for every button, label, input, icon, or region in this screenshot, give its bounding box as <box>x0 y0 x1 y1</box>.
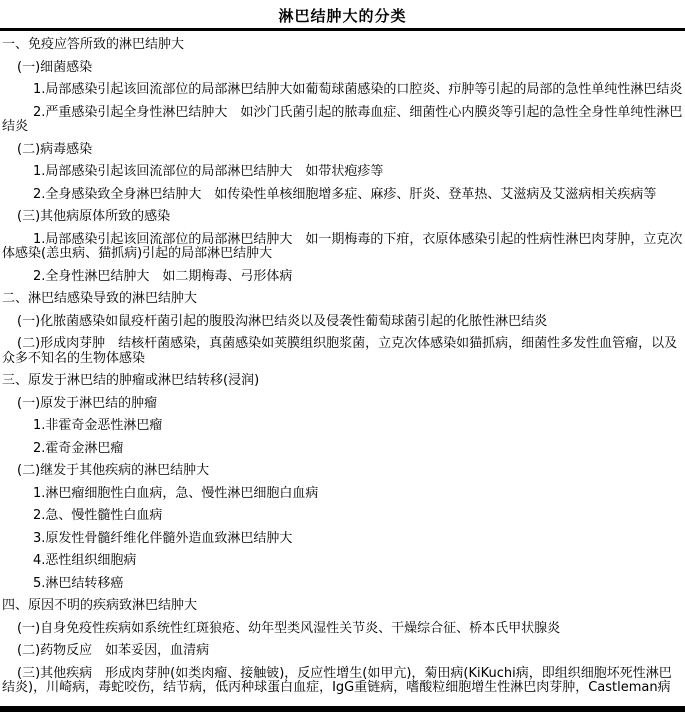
outline-item: 5.淋巴结转移癌 <box>2 577 683 592</box>
outline-item: (三)其他疾病 形成肉芽肿(如类肉瘤、接触铍)，反应性增生(如甲亢)，菊田病(K… <box>2 667 683 696</box>
outline-item: 2.全身性淋巴结肿大 如二期梅毒、弓形体病 <box>2 270 683 285</box>
outline-item: 1.淋巴瘤细胞性白血病，急、慢性淋巴细胞白血病 <box>2 487 683 502</box>
outline-item: (一)原发于淋巴结的肿瘤 <box>2 397 683 412</box>
outline-item: 1.局部感染引起该回流部位的局部淋巴结肿大 如一期梅毒的下疳，衣原体感染引起的性… <box>2 233 683 262</box>
bottom-border-rule <box>0 706 685 712</box>
outline-item: 二、淋巴结感染导致的淋巴结肿大 <box>2 292 683 307</box>
outline-item: (一)自身免疫性疾病如系统性红斑狼疮、幼年型类风湿性关节炎、干燥综合征、桥本氏甲… <box>2 622 683 637</box>
outline-item: 三、原发于淋巴结的肿瘤或淋巴结转移(浸润) <box>2 374 683 389</box>
outline-item: 3.原发性骨髓纤维化伴髓外造血致淋巴结肿大 <box>2 532 683 547</box>
outline-item: 1.局部感染引起该回流部位的局部淋巴结肿大如葡萄球菌感染的口腔炎、疖肿等引起的局… <box>2 83 683 98</box>
outline-item: 2.急、慢性髓性白血病 <box>2 509 683 524</box>
outline-item: (一)细菌感染 <box>2 61 683 76</box>
outline-item: (二)继发于其他疾病的淋巴结肿大 <box>2 464 683 479</box>
document-body: 一、免疫应答所致的淋巴结肿大(一)细菌感染1.局部感染引起该回流部位的局部淋巴结… <box>0 31 685 696</box>
outline-item: (二)形成肉芽肿 结核杆菌感染，真菌感染如荚膜组织胞浆菌，立克次体感染如猫抓病，… <box>2 337 683 366</box>
outline-item: 2.严重感染引起全身性淋巴结肿大 如沙门氏菌引起的脓毒血症、细菌性心内膜炎等引起… <box>2 106 683 135</box>
outline-item: 2.全身感染致全身淋巴结肿大 如传染性单核细胞增多症、麻疹、肝炎、登革热、艾滋病… <box>2 188 683 203</box>
outline-item: (一)化脓菌感染如鼠疫杆菌引起的腹股沟淋巴结炎以及侵袭性葡萄球菌引起的化脓性淋巴… <box>2 315 683 330</box>
outline-item: 4.恶性组织细胞病 <box>2 554 683 569</box>
outline-item: (二)病毒感染 <box>2 143 683 158</box>
outline-item: (三)其他病原体所致的感染 <box>2 210 683 225</box>
outline-item: 1.局部感染引起该回流部位的局部淋巴结肿大 如带状疱疹等 <box>2 165 683 180</box>
outline-item: 一、免疫应答所致的淋巴结肿大 <box>2 38 683 53</box>
outline-item: 1.非霍奇金恶性淋巴瘤 <box>2 419 683 434</box>
outline-item: 2.霍奇金淋巴瘤 <box>2 442 683 457</box>
document-title: 淋巴结肿大的分类 <box>278 7 406 25</box>
document-header: 淋巴结肿大的分类 <box>0 0 685 31</box>
outline-item: 四、原因不明的疾病致淋巴结肿大 <box>2 599 683 614</box>
outline-item: (二)药物反应 如苯妥因，血清病 <box>2 644 683 659</box>
